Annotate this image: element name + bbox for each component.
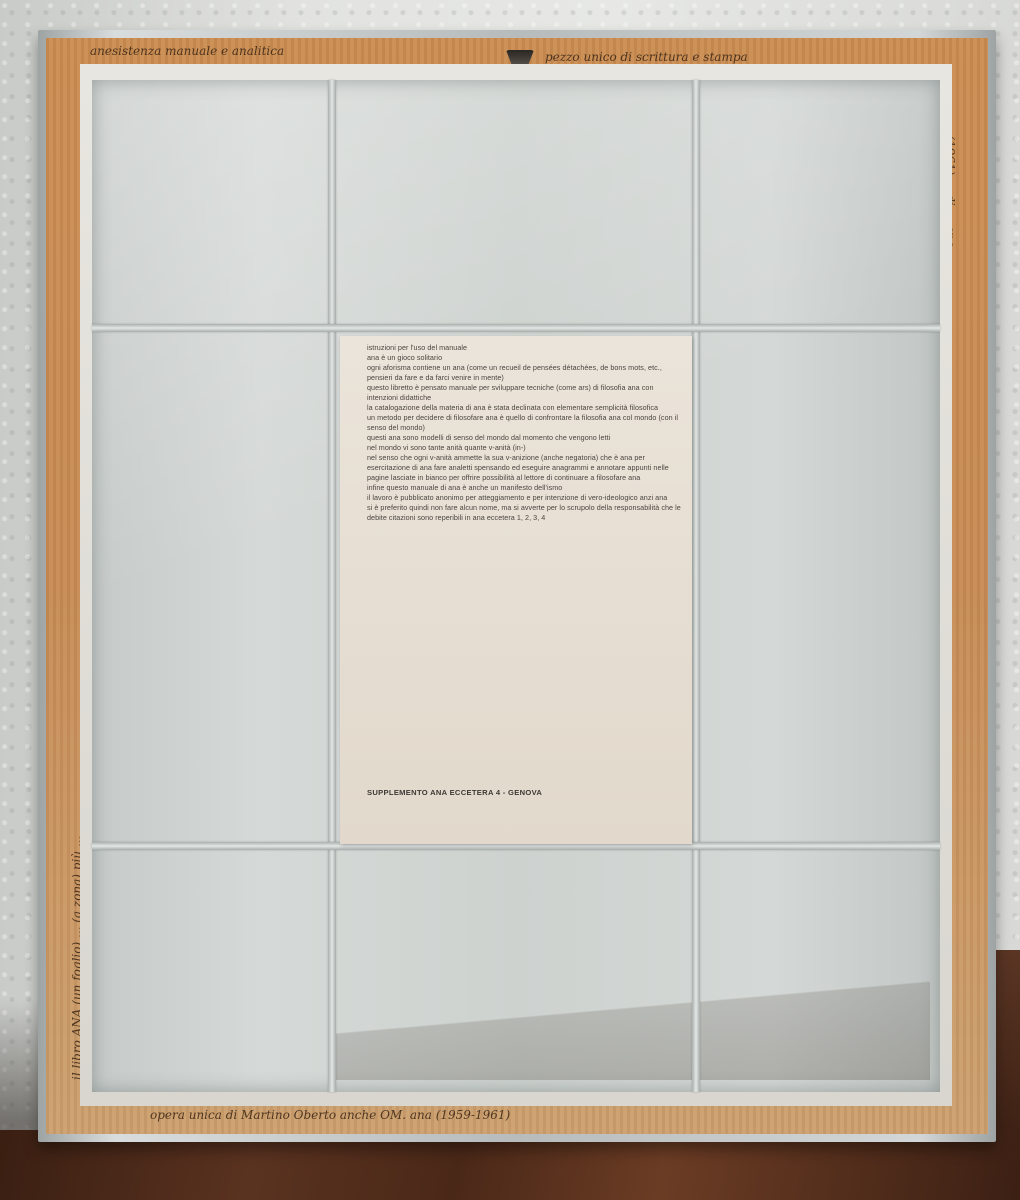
sheet-line: nel mondo vi sono tante anità quante v-a…	[367, 443, 683, 453]
sheet-line: nel senso che ogni v-anità ammette la su…	[367, 453, 683, 483]
inscription-bottom: opera unica di Martino Oberto anche OM. …	[150, 1108, 510, 1122]
sheet-text: istruzioni per l'uso del manuale ana è u…	[367, 343, 683, 523]
glass-divider-vertical	[692, 80, 700, 1092]
printed-sheet: istruzioni per l'uso del manuale ana è u…	[340, 336, 692, 844]
sheet-line: infine questo manuale di ana è anche un …	[367, 483, 683, 493]
sheet-line: istruzioni per l'uso del manuale	[367, 343, 683, 353]
sheet-line: ana è un gioco solitario	[367, 353, 683, 363]
sheet-line: si è preferito quindi non fare alcun nom…	[367, 503, 683, 523]
sheet-line: un metodo per decidere di filosofare ana…	[367, 413, 683, 433]
glass-divider-vertical	[328, 80, 336, 1092]
sheet-footer: SUPPLEMENTO ANA ECCETERA 4 - GENOVA	[367, 788, 542, 797]
glass-reflection	[330, 980, 930, 1080]
glass-divider-horizontal	[92, 324, 940, 332]
inscription-top-right: pezzo unico di scrittura e stampa	[545, 50, 748, 64]
sheet-line: il lavoro è pubblicato anonimo per atteg…	[367, 493, 683, 503]
sheet-line: questi ana sono modelli di senso del mon…	[367, 433, 683, 443]
sheet-line: questo libretto è pensato manuale per sv…	[367, 383, 683, 403]
sheet-line: la catalogazione della materia di ana è …	[367, 403, 683, 413]
sheet-line: ogni aforisma contiene un ana (come un r…	[367, 363, 683, 383]
inscription-top-left: anesistenza manuale e analitica	[90, 44, 284, 58]
